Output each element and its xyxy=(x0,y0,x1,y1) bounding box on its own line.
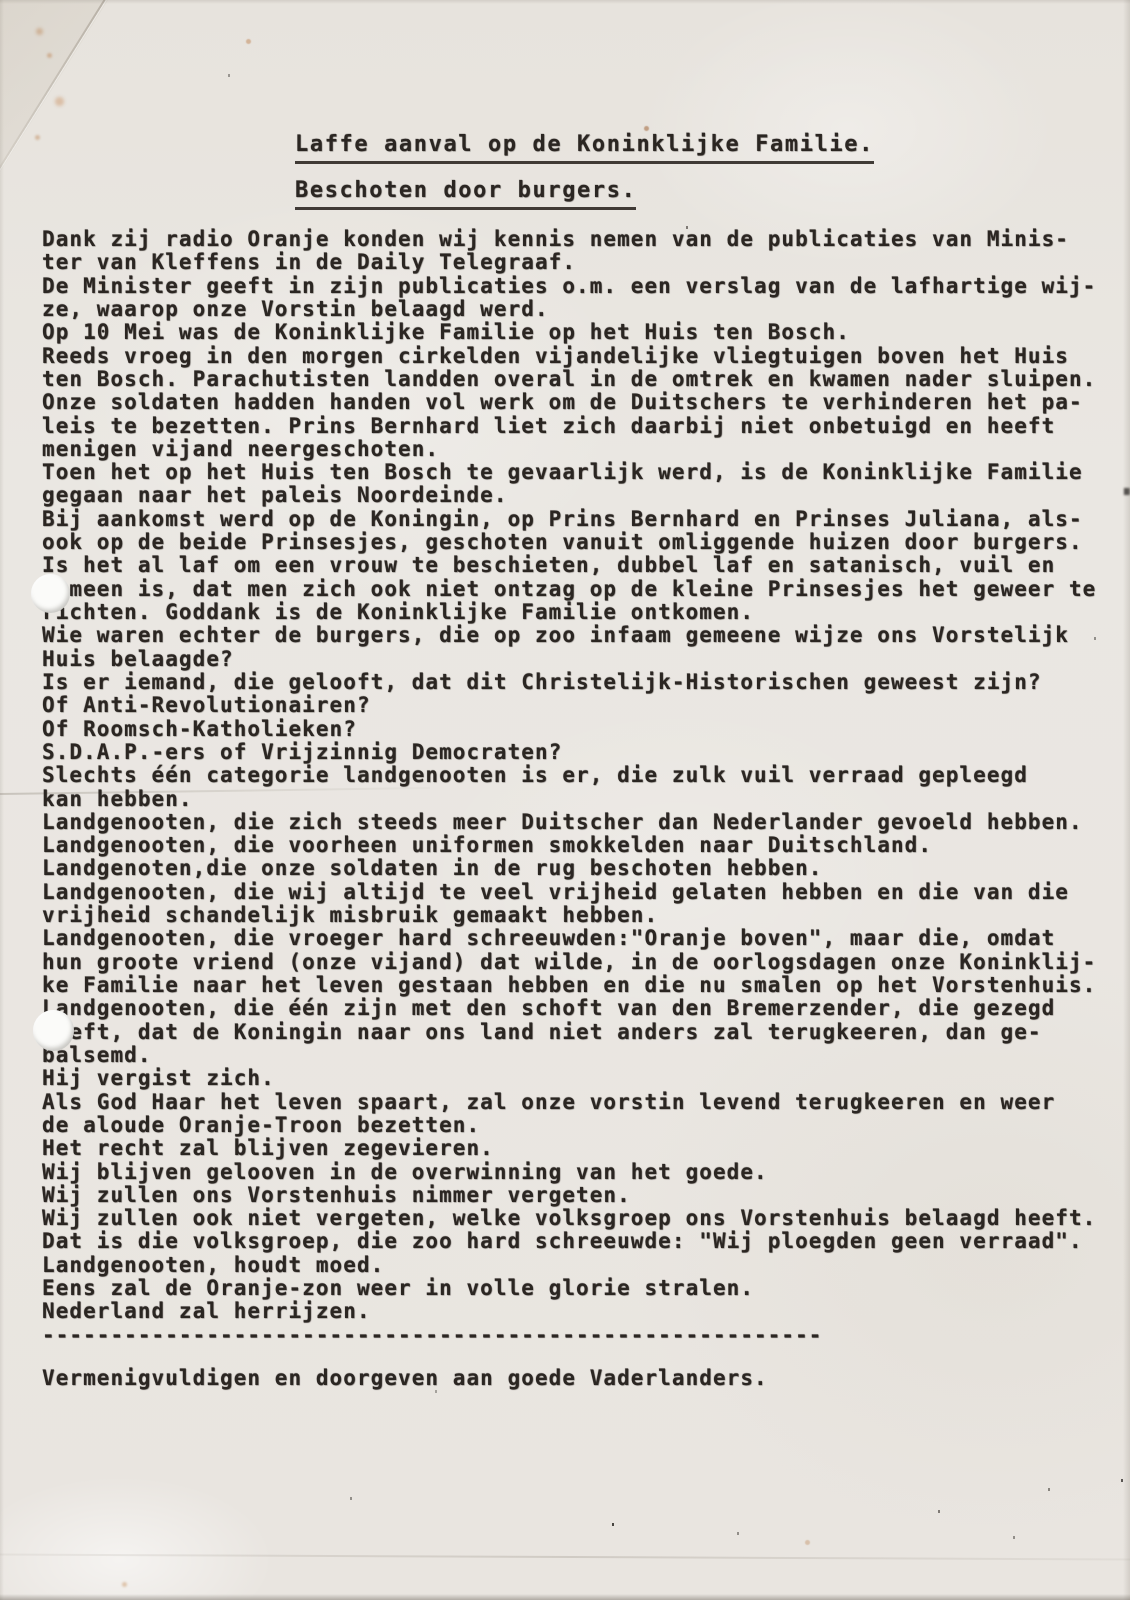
scanned-pamphlet-page: Laffe aanval op de Koninklijke Familie. … xyxy=(0,0,1130,1600)
text-line: ke Familie naar het leven gestaan hebben… xyxy=(42,974,1117,997)
text-line: Landgenooten, die wij altijd te veel vri… xyxy=(42,881,1117,904)
text-line: Bij aankomst werd op de Koningin, op Pri… xyxy=(42,508,1117,531)
text-line: Eens zal de Oranje-zon weer in volle glo… xyxy=(42,1277,1117,1300)
text-line: ook op de beide Prinsesjes, geschoten va… xyxy=(42,531,1117,554)
paper-crease xyxy=(0,1554,1130,1561)
text-line: richten. Goddank is de Koninklijke Famil… xyxy=(42,601,1117,624)
text-line: leis te bezetten. Prins Bernhard liet zi… xyxy=(42,415,1117,438)
text-line: Het recht zal blijven zegevieren. xyxy=(42,1137,1117,1160)
text-line: Op 10 Mei was de Koninklijke Familie op … xyxy=(42,321,1117,344)
footer-line: Vermenigvuldigen en doorgeven aan goede … xyxy=(42,1366,768,1390)
text-line: heeft, dat de Koningin naar ons land nie… xyxy=(42,1021,1117,1044)
text-line: Landgenooten, die voorheen uniformen smo… xyxy=(42,834,1117,857)
text-line: Wie waren echter de burgers, die op zoo … xyxy=(42,624,1117,647)
punch-hole xyxy=(33,1010,74,1051)
text-line: Als God Haar het leven spaart, zal onze … xyxy=(42,1091,1117,1114)
text-line: Landgenooten, houdt moed. xyxy=(42,1254,1117,1277)
text-line: Wij blijven gelooven in de overwinning v… xyxy=(42,1161,1117,1184)
text-line: hun groote vriend (onze vijand) dat wild… xyxy=(42,951,1117,974)
text-line: balsemd. xyxy=(42,1044,1117,1067)
text-line: Slechts één categorie landgenooten is er… xyxy=(42,764,1117,787)
text-line: gemeen is, dat men zich ook niet ontzag … xyxy=(42,578,1117,601)
page-edge xyxy=(0,1594,1130,1600)
text-line: ----------------------------------------… xyxy=(42,1324,1117,1347)
text-line: Of Roomsch-Katholieken? xyxy=(42,718,1117,741)
document-body: Dank zij radio Oranje konden wij kennis … xyxy=(42,228,1117,1347)
text-line: de aloude Oranje-Troon bezetten. xyxy=(42,1114,1117,1137)
punch-hole xyxy=(31,574,70,613)
text-line: gegaan naar het paleis Noordeinde. xyxy=(42,484,1117,507)
text-line: Landgenooten, die vroeger hard schreeuwd… xyxy=(42,927,1117,950)
text-line: Landgenoten,die onze soldaten in de rug … xyxy=(42,857,1117,880)
text-line: kan hebben. xyxy=(42,788,1117,811)
text-line: Toen het op het Huis ten Bosch te gevaar… xyxy=(42,461,1117,484)
text-line: ter van Kleffens in de Daily Telegraaf. xyxy=(42,251,1117,274)
title-block: Laffe aanval op de Koninklijke Familie. … xyxy=(295,133,874,210)
text-line: Onze soldaten hadden handen vol werk om … xyxy=(42,391,1117,414)
text-line: Hij vergist zich. xyxy=(42,1067,1117,1090)
text-line: Landgenooten, die zich steeds meer Duits… xyxy=(42,811,1117,834)
text-line: Dat is die volksgroep, die zoo hard schr… xyxy=(42,1230,1117,1253)
text-line: ten Bosch. Parachutisten landden overal … xyxy=(42,368,1117,391)
page-edge xyxy=(0,0,1130,4)
text-line: Wij zullen ook niet vergeten, welke volk… xyxy=(42,1207,1117,1230)
text-line: Nederland zal herrijzen. xyxy=(42,1300,1117,1323)
text-line: Wij zullen ons Vorstenhuis nimmer verget… xyxy=(42,1184,1117,1207)
text-line: Is het al laf om een vrouw te beschieten… xyxy=(42,554,1117,577)
text-line: ze, waarop onze Vorstin belaagd werd. xyxy=(42,298,1117,321)
text-line: S.D.A.P.-ers of Vrijzinnig Democraten? xyxy=(42,741,1117,764)
folded-corner xyxy=(0,0,120,185)
text-line: Dank zij radio Oranje konden wij kennis … xyxy=(42,228,1117,251)
text-line: Landgenooten, die één zijn met den schof… xyxy=(42,997,1117,1020)
text-line: De Minister geeft in zijn publicaties o.… xyxy=(42,275,1117,298)
page-edge xyxy=(1123,0,1130,1600)
text-line: Huis belaagde? xyxy=(42,648,1117,671)
text-line: Is er iemand, die gelooft, dat dit Chris… xyxy=(42,671,1117,694)
document-subtitle: Beschoten door burgers. xyxy=(295,179,636,210)
page-edge xyxy=(0,0,4,1600)
text-line: Reeds vroeg in den morgen cirkelden vija… xyxy=(42,345,1117,368)
text-line: Of Anti-Revolutionairen? xyxy=(42,694,1117,717)
text-line: vrijheid schandelijk misbruik gemaakt he… xyxy=(42,904,1117,927)
document-title: Laffe aanval op de Koninklijke Familie. xyxy=(295,133,874,164)
text-line: menigen vijand neergeschoten. xyxy=(42,438,1117,461)
